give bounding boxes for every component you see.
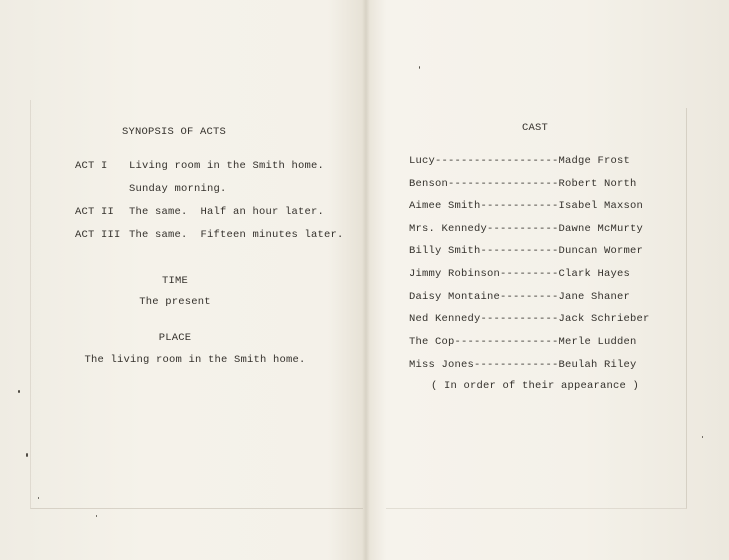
cast-leader: ---------	[500, 268, 559, 280]
cast-role: Aimee Smith	[409, 200, 481, 212]
cast-row: Mrs. Kennedy-----------Dawne McMurty	[409, 223, 643, 235]
cast-role: Daisy Montaine	[409, 291, 500, 303]
place-value: The living room in the Smith home.	[70, 354, 320, 366]
cast-actor: Beulah Riley	[559, 359, 637, 371]
speck	[26, 453, 28, 457]
act-2: ACT IIThe same. Half an hour later.	[75, 206, 324, 218]
act-3: ACT IIIThe same. Fifteen minutes later.	[75, 229, 344, 241]
cast-row: Ned Kennedy------------Jack Schrieber	[409, 313, 650, 325]
cast-actor: Madge Frost	[559, 155, 631, 167]
cast-role: Ned Kennedy	[409, 313, 481, 325]
time-value: The present	[120, 296, 230, 308]
act-label: ACT I	[75, 160, 129, 172]
cast-row: Benson-----------------Robert North	[409, 178, 637, 190]
act-1-line-2: Sunday morning.	[129, 183, 227, 195]
act-description: Living room in the Smith home.	[129, 160, 324, 172]
speck	[18, 390, 20, 393]
cast-actor: Dawne McMurty	[559, 223, 644, 235]
act-1: ACT ILiving room in the Smith home.	[75, 160, 324, 172]
act-label: ACT II	[75, 206, 129, 218]
cast-actor: Merle Ludden	[559, 336, 637, 348]
cast-row: Jimmy Robinson---------Clark Hayes	[409, 268, 630, 280]
cast-role: Miss Jones	[409, 359, 474, 371]
cast-leader: -----------	[487, 223, 559, 235]
cast-leader: -------------------	[435, 155, 559, 167]
cast-actor: Robert North	[559, 178, 637, 190]
speck	[419, 66, 420, 69]
cast-row: Miss Jones-------------Beulah Riley	[409, 359, 637, 371]
cast-role: The Cop	[409, 336, 455, 348]
cast-leader: ------------	[481, 313, 559, 325]
cast-role: Billy Smith	[409, 245, 481, 257]
cast-actor: Isabel Maxson	[559, 200, 644, 212]
cast-leader: ------------	[481, 245, 559, 257]
speck	[38, 497, 39, 499]
cast-row: Aimee Smith------------Isabel Maxson	[409, 200, 643, 212]
cast-leader: ---------	[500, 291, 559, 303]
cast-actor: Jane Shaner	[559, 291, 631, 303]
act-label: ACT III	[75, 229, 129, 241]
cast-row: The Cop----------------Merle Ludden	[409, 336, 637, 348]
cast-role: Lucy	[409, 155, 435, 167]
cast-row: Daisy Montaine---------Jane Shaner	[409, 291, 630, 303]
cast-row: Lucy-------------------Madge Frost	[409, 155, 630, 167]
order-note: ( In order of their appearance )	[431, 380, 639, 392]
cast-actor: Jack Schrieber	[559, 313, 650, 325]
cast-actor: Clark Hayes	[559, 268, 631, 280]
cast-leader: -----------------	[448, 178, 559, 190]
cast-role: Mrs. Kennedy	[409, 223, 487, 235]
cast-row: Billy Smith------------Duncan Wormer	[409, 245, 643, 257]
cast-actor: Duncan Wormer	[559, 245, 644, 257]
speck	[702, 436, 703, 438]
cast-leader: ----------------	[455, 336, 559, 348]
synopsis-heading: SYNOPSIS OF ACTS	[122, 126, 226, 138]
cast-leader: ------------	[481, 200, 559, 212]
center-fold	[362, 0, 370, 560]
cast-heading: CAST	[522, 122, 548, 134]
cast-leader: -------------	[474, 359, 559, 371]
speck	[96, 515, 97, 517]
cast-role: Jimmy Robinson	[409, 268, 500, 280]
place-heading: PLACE	[120, 332, 230, 344]
cast-role: Benson	[409, 178, 448, 190]
time-heading: TIME	[120, 275, 230, 287]
act-description: The same. Half an hour later.	[129, 206, 324, 218]
right-page	[386, 108, 687, 509]
act-description: The same. Fifteen minutes later.	[129, 229, 344, 241]
